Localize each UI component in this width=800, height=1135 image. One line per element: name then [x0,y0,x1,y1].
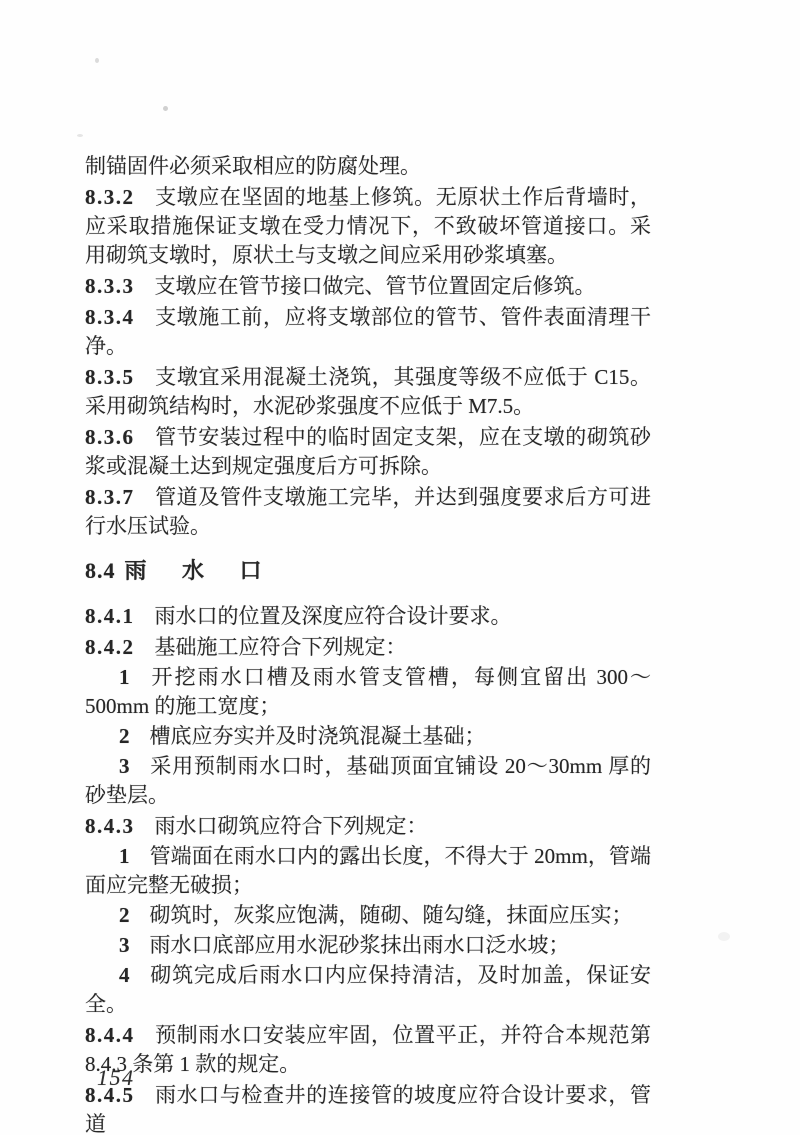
clause-number: 8.3.2 [85,185,135,209]
subitem-number: 1 [119,665,130,689]
subitem-text: 开挖雨水口槽及雨水管支管槽，每侧宜留出 300～500mm 的施工宽度； [85,665,651,718]
subitem-number: 4 [119,963,130,987]
subitem-text: 雨水口底部应用水泥砂浆抹出雨水口泛水坡； [150,933,570,957]
clause-8-3-5: 8.3.5支墩宜采用混凝土浇筑，其强度等级不应低于 C15。采用砌筑结构时，水泥… [85,363,651,421]
clause-number: 8.3.4 [85,305,135,329]
clause-number: 8.4.2 [85,635,135,659]
subitem-number: 3 [119,933,130,957]
clause-text: 雨水口砌筑应符合下列规定： [155,814,428,838]
clause-8-3-3: 8.3.3支墩应在管节接口做完、管节位置固定后修筑。 [85,272,651,301]
scan-speck [718,932,730,941]
subitem-text: 槽底应夯实并及时浇筑混凝土基础； [150,724,486,748]
clause-number: 8.4.3 [85,814,135,838]
clause-text: 管节安装过程中的临时固定支架，应在支墩的砌筑砂浆或混凝土达到规定强度后方可拆除。 [85,425,651,478]
clause-text: 支墩应在管节接口做完、管节位置固定后修筑。 [155,274,596,298]
clause-8-3-4: 8.3.4支墩施工前，应将支墩部位的管节、管件表面清理干净。 [85,303,651,361]
subitem-number: 1 [119,844,130,868]
subitem-number: 2 [119,903,130,927]
subitem-8-4-3-3: 3雨水口底部应用水泥砂浆抹出雨水口泛水坡； [85,931,651,960]
section-number: 8.4 [85,558,116,583]
subitem-number: 2 [119,724,130,748]
subitem-8-4-3-2: 2砌筑时，灰浆应饱满，随砌、随勾缝，抹面应压实； [85,901,651,930]
clause-8-4-1: 8.4.1雨水口的位置及深度应符合设计要求。 [85,602,651,631]
section-heading: 8.4雨 水 口 [85,556,651,586]
subitem-8-4-2-1: 1开挖雨水口槽及雨水管支管槽，每侧宜留出 300～500mm 的施工宽度； [85,663,651,721]
subitem-text: 砌筑时，灰浆应饱满，随砌、随勾缝，抹面应压实； [150,903,633,927]
clause-text: 支墩应在坚固的地基上修筑。无原状土作后背墙时，应采取措施保证支墩在受力情况下，不… [85,185,651,267]
clause-text: 基础施工应符合下列规定： [155,635,407,659]
subitem-8-4-2-2: 2槽底应夯实并及时浇筑混凝土基础； [85,722,651,751]
subitem-8-4-3-1: 1管端面在雨水口内的露出长度，不得大于 20mm，管端面应完整无破损； [85,842,651,900]
subitem-text: 砌筑完成后雨水口内应保持清洁，及时加盖，保证安全。 [85,963,651,1016]
clause-8-4-3: 8.4.3雨水口砌筑应符合下列规定： [85,812,651,841]
clause-text: 管道及管件支墩施工完毕，并达到强度要求后方可进行水压试验。 [85,485,651,538]
scan-speck [163,106,168,111]
clause-number: 8.3.5 [85,365,135,389]
clause-text: 预制雨水口安装应牢固，位置平正，并符合本规范第 8.4.3 条第 1 款的规定。 [85,1023,651,1076]
page-body: 制锚固件必须采取相应的防腐处理。 8.3.2支墩应在坚固的地基上修筑。无原状土作… [85,152,651,1135]
subitem-text: 管端面在雨水口内的露出长度，不得大于 20mm，管端面应完整无破损； [85,844,651,897]
clause-text: 雨水口与检查井的连接管的坡度应符合设计要求，管道 [85,1083,651,1135]
clause-8-3-2: 8.3.2支墩应在坚固的地基上修筑。无原状土作后背墙时，应采取措施保证支墩在受力… [85,183,651,270]
clause-number: 8.3.3 [85,274,135,298]
clause-8-4-4: 8.4.4预制雨水口安装应牢固，位置平正，并符合本规范第 8.4.3 条第 1 … [85,1021,651,1079]
subitem-text: 采用预制雨水口时，基础顶面宜铺设 20～30mm 厚的砂垫层。 [85,754,651,807]
scanned-document-page: 制锚固件必须采取相应的防腐处理。 8.3.2支墩应在坚固的地基上修筑。无原状土作… [0,0,800,1135]
subitem-number: 3 [119,754,130,778]
clause-8-4-5: 8.4.5雨水口与检查井的连接管的坡度应符合设计要求，管道 [85,1081,651,1135]
clause-8-3-6: 8.3.6管节安装过程中的临时固定支架，应在支墩的砌筑砂浆或混凝土达到规定强度后… [85,423,651,481]
scan-speck [95,58,99,63]
section-title: 雨 水 口 [125,558,277,583]
clause-number: 8.4.1 [85,604,135,628]
paragraph-continuation: 制锚固件必须采取相应的防腐处理。 [85,152,651,181]
clause-number: 8.3.6 [85,425,135,449]
page-number: 154 [97,1064,135,1092]
clause-8-4-2: 8.4.2基础施工应符合下列规定： [85,633,651,662]
clause-8-3-7: 8.3.7管道及管件支墩施工完毕，并达到强度要求后方可进行水压试验。 [85,483,651,541]
clause-text: 支墩施工前，应将支墩部位的管节、管件表面清理干净。 [85,305,651,358]
subitem-8-4-2-3: 3采用预制雨水口时，基础顶面宜铺设 20～30mm 厚的砂垫层。 [85,752,651,810]
clause-number: 8.3.7 [85,485,135,509]
clause-number: 8.4.4 [85,1023,135,1047]
scan-speck [77,134,83,137]
clause-text: 支墩宜采用混凝土浇筑，其强度等级不应低于 C15。采用砌筑结构时，水泥砂浆强度不… [85,365,651,418]
subitem-8-4-3-4: 4砌筑完成后雨水口内应保持清洁，及时加盖，保证安全。 [85,961,651,1019]
clause-text: 雨水口的位置及深度应符合设计要求。 [155,604,512,628]
